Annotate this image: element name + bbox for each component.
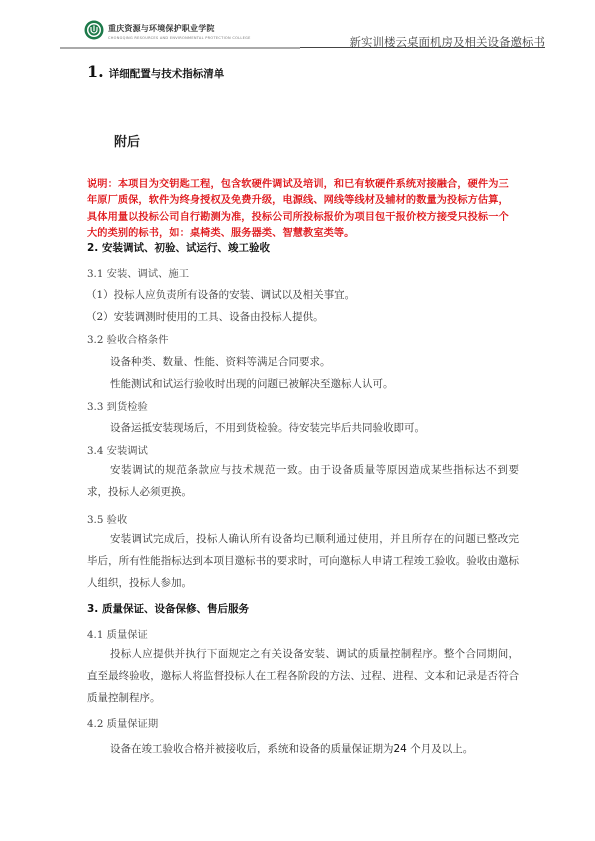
paragraph: 投标人应提供并执行下面规定之有关设备安装、调试的质量控制程序。整个合同期间，直至… bbox=[87, 643, 519, 709]
paragraph: 安装调试的规范条款应与技术规范一致。由于设备质量等原因造成某些指标达不到要求，投… bbox=[87, 459, 519, 503]
list-item: （2）安装调测时使用的工具、设备由投标人提供。 bbox=[86, 309, 324, 324]
subsection-3-4-heading: 3.4 安装调试 bbox=[87, 442, 148, 457]
list-item: （1）投标人应负责所有设备的安装、调试以及相关事宜。 bbox=[86, 287, 355, 302]
warranty-months: 24 bbox=[394, 743, 407, 755]
subsection-3-2-heading: 3.2 验收合格条件 bbox=[87, 331, 168, 346]
school-emblem-icon bbox=[84, 20, 104, 40]
warranty-text-after: 个月及以上。 bbox=[410, 743, 473, 755]
section-1-heading: 1. 详细配置与技术指标清单 bbox=[87, 62, 224, 81]
warranty-text-before: 设备在竣工验收合格并被接收后，系统和设备的质量保证期为 bbox=[110, 743, 394, 755]
section-1-number: 1. bbox=[87, 62, 104, 81]
paragraph: 性能测试和试运行验收时出现的问题已被解决至邀标人认可。 bbox=[110, 376, 394, 391]
section-1-title: 详细配置与技术指标清单 bbox=[109, 68, 225, 80]
warranty-paragraph: 设备在竣工验收合格并被接收后，系统和设备的质量保证期为24 个月及以上。 bbox=[110, 741, 473, 756]
header-rule-left bbox=[60, 47, 300, 49]
header-rule-right bbox=[300, 47, 545, 48]
subsection-3-1-heading: 3.1 安装、调试、施工 bbox=[87, 265, 189, 280]
paragraph: 安装调试完成后，投标人确认所有设备均已顺利通过使用，并且所存在的问题已整改完毕后… bbox=[87, 528, 519, 594]
subsection-3-5-heading: 3.5 验收 bbox=[87, 511, 127, 526]
project-note: 说明：本项目为交钥匙工程，包含软硬件调试及培训，和已有软硬件系统对接融合，硬件为… bbox=[87, 177, 519, 243]
subsection-3-3-heading: 3.3 到货检验 bbox=[87, 398, 148, 413]
subsection-4-2-heading: 4.2 质量保证期 bbox=[87, 715, 158, 730]
paragraph: 设备运抵安装现场后，不用到货检验。待安装完毕后共同验收即可。 bbox=[110, 420, 425, 435]
subsection-4-1-heading: 4.1 质量保证 bbox=[87, 626, 148, 641]
section-2-heading: 2. 安装调试、初验、试运行、竣工验收 bbox=[87, 240, 270, 255]
school-name-english: CHONGQING RESOURCES AND ENVIRONMENTAL PR… bbox=[108, 36, 251, 40]
paragraph: 设备种类、数量、性能、资料等满足合同要求。 bbox=[110, 354, 331, 369]
appendix-label: 附后 bbox=[114, 131, 140, 150]
document-page: 重庆资源与环境保护职业学院 CHONGQING RESOURCES AND EN… bbox=[0, 0, 595, 841]
section-3-heading: 3. 质量保证、设备保修、售后服务 bbox=[87, 601, 249, 616]
school-name: 重庆资源与环境保护职业学院 bbox=[108, 23, 215, 34]
